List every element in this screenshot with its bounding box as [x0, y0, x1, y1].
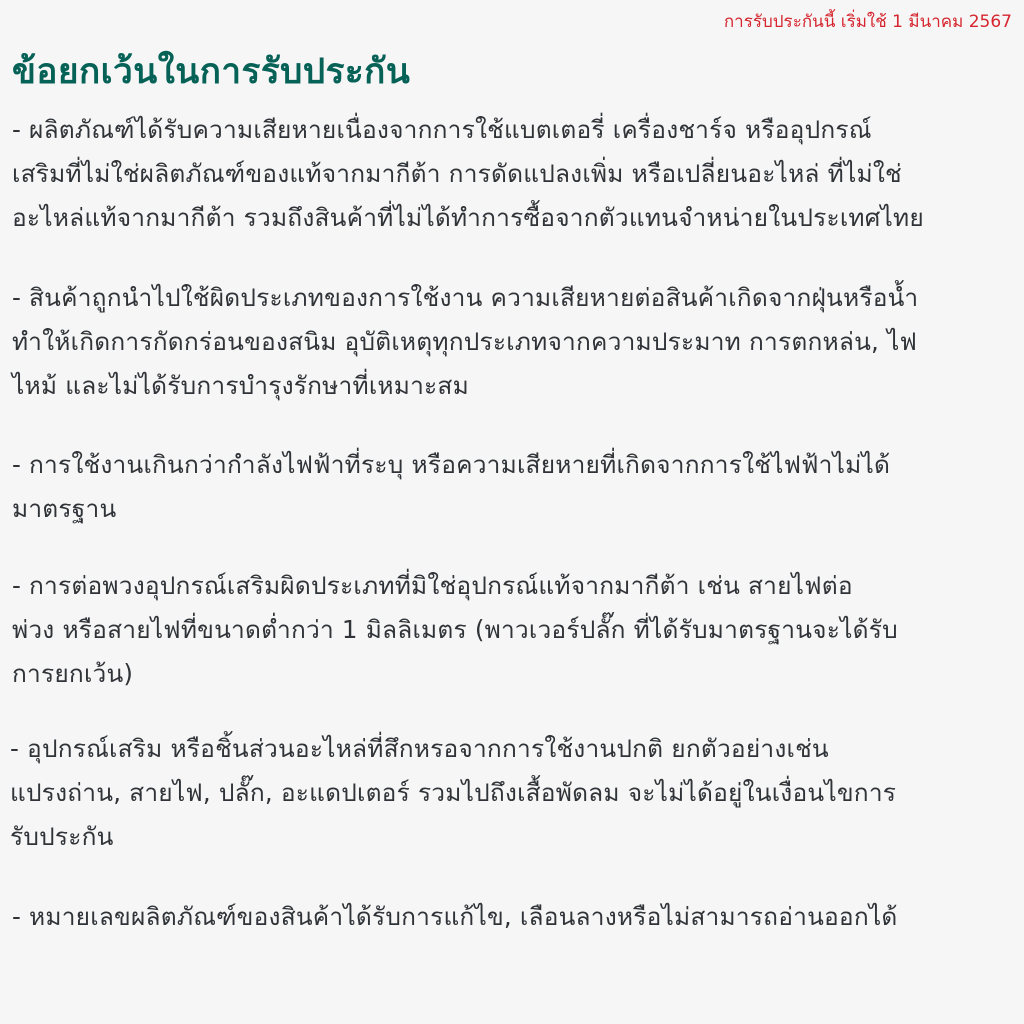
- exclusion-line: - หมายเลขผลิตภัณฑ์ของสินค้าได้รับการแก้ไ…: [12, 895, 1017, 939]
- exclusion-line: ไหม้ และไม่ได้รับการบำรุงรักษาที่เหมาะสม: [12, 364, 1017, 408]
- exclusion-line: - อุปกรณ์เสริม หรือชิ้นส่วนอะไหล่ที่สึกห…: [10, 727, 1015, 771]
- exclusion-line: - สินค้าถูกนำไปใช้ผิดประเภทของการใช้งาน …: [12, 276, 1017, 320]
- exclusion-line: ทำให้เกิดการกัดกร่อนของสนิม อุบัติเหตุทุ…: [12, 320, 1017, 364]
- exclusion-line: - การใช้งานเกินกว่ากำลังไฟฟ้าที่ระบุ หรื…: [12, 443, 1017, 487]
- exclusion-line: รับประกัน: [10, 815, 1015, 859]
- exclusion-line: เสริมที่ไม่ใช่ผลิตภัณฑ์ของแท้จากมากีต้า …: [12, 152, 1017, 196]
- exclusion-line: - การต่อพวงอุปกรณ์เสริมผิดประเภทที่มิใช่…: [12, 564, 1017, 608]
- exclusion-item-2: - สินค้าถูกนำไปใช้ผิดประเภทของการใช้งาน …: [12, 276, 1017, 408]
- exclusion-item-6: - หมายเลขผลิตภัณฑ์ของสินค้าได้รับการแก้ไ…: [12, 895, 1017, 939]
- exclusion-line: พ่วง หรือสายไฟที่ขนาดต่ำกว่า 1 มิลลิเมตร…: [12, 608, 1017, 652]
- exclusion-line: การยกเว้น): [12, 652, 1017, 696]
- exclusion-line: - ผลิตภัณฑ์ได้รับความเสียหายเนื่องจากการ…: [12, 108, 1017, 152]
- exclusion-line: มาตรฐาน: [12, 487, 1017, 531]
- effective-date-note: การรับประกันนี้ เริ่มใช้ 1 มีนาคม 2567: [724, 8, 1012, 35]
- exclusion-item-5: - อุปกรณ์เสริม หรือชิ้นส่วนอะไหล่ที่สึกห…: [10, 727, 1015, 859]
- exclusion-item-4: - การต่อพวงอุปกรณ์เสริมผิดประเภทที่มิใช่…: [12, 564, 1017, 696]
- exclusion-line: อะไหล่แท้จากมากีต้า รวมถึงสินค้าที่ไม่ได…: [12, 196, 1017, 240]
- page-title: ข้อยกเว้นในการรับประกัน: [12, 44, 410, 99]
- exclusion-item-3: - การใช้งานเกินกว่ากำลังไฟฟ้าที่ระบุ หรื…: [12, 443, 1017, 531]
- exclusion-line: แปรงถ่าน, สายไฟ, ปลั๊ก, อะแดปเตอร์ รวมไป…: [10, 771, 1015, 815]
- exclusion-item-1: - ผลิตภัณฑ์ได้รับความเสียหายเนื่องจากการ…: [12, 108, 1017, 240]
